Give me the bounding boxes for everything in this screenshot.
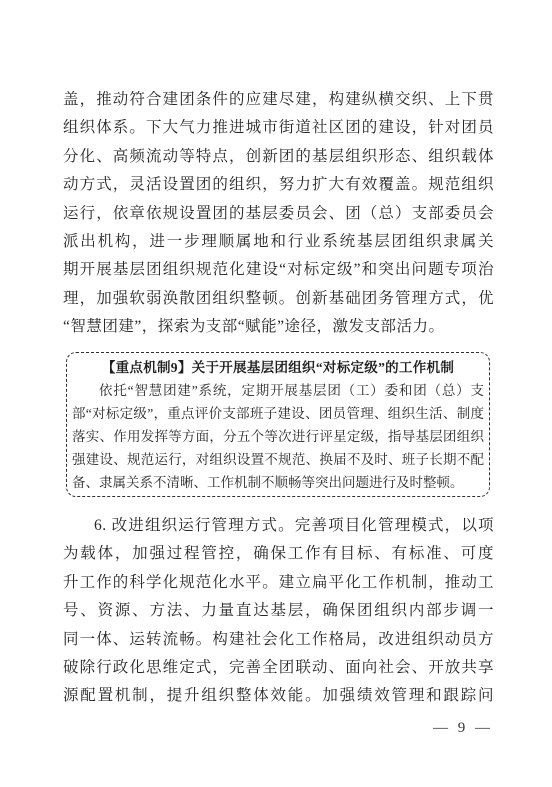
text-line: 分化、高频流动等特点，创新团的基层组织形态、组织载体和活	[63, 143, 494, 171]
text-line: 备、隶属关系不清晰、工作机制不顺畅等突出问题进行及时整顿。	[72, 471, 484, 494]
text-line: 强建设、规范运行，对组织设置不规范、换届不及时、班子长期不配	[72, 448, 484, 471]
text-line: 派出机构，进一步理顺属地和行业系统基层团组织隶属关系。定	[63, 228, 494, 256]
text-line: 6. 改进组织运行管理方式。完善项目化管理模式，以项目	[63, 512, 494, 540]
text-line: 部“对标定级”，重点评价支部班子建设、团员管理、组织生活、制度	[72, 402, 484, 425]
key-mechanism-body: 依托“智慧团建”系统，定期开展基层团（工）委和团（总）支部“对标定级”，重点评价…	[72, 379, 484, 494]
text-line: 为载体，加强过程管控，确保工作有目标、有标准、可度量，提	[63, 540, 494, 568]
text-line: 破除行政化思维定式，完善全团联动、面向社会、开放共享的资	[63, 654, 494, 682]
text-line: 同一体、运转流畅。构建社会化工作格局，改进组织动员方式，	[63, 626, 494, 654]
text-line: 升工作的科学化规范化水平。建立扁平化工作机制，推动工作信	[63, 569, 494, 597]
text-line: 依托“智慧团建”系统，定期开展基层团（工）委和团（总）支	[72, 379, 484, 402]
key-mechanism-title: 【重点机制9】关于开展基层团组织“对标定级”的工作机制	[72, 357, 484, 379]
text-line: 组织体系。下大气力推进城市街道社区团的建设，针对团员群体	[63, 114, 494, 142]
text-line: “智慧团建”，探索为支部“赋能”途径，激发支部活力。	[63, 313, 494, 341]
paragraph-operation-management: 6. 改进组织运行管理方式。完善项目化管理模式，以项目为载体，加强过程管控，确保…	[63, 512, 494, 711]
paragraph-organization-system: 盖，推动符合建团条件的应建尽建，构建纵横交织、上下贯通的组织体系。下大气力推进城…	[63, 86, 494, 342]
text-line: 运行，依章依规设置团的基层委员会、团（总）支部委员会和	[63, 200, 494, 228]
text-line: 落实、作用发挥等方面，分五个等次进行评星定级，指导基层团组织加	[72, 425, 484, 448]
text-line: 期开展基层团组织规范化建设“对标定级”和突出问题专项治	[63, 256, 494, 284]
text-line: 源配置机制，提升组织整体效能。加强绩效管理和跟踪问效，分	[63, 682, 494, 710]
text-line: 号、资源、方法、力量直达基层，确保团组织内部步调一致、协	[63, 597, 494, 625]
page-number: — 9 —	[433, 720, 493, 737]
document-page: 盖，推动符合建团条件的应建尽建，构建纵横交织、上下贯通的组织体系。下大气力推进城…	[0, 0, 552, 787]
text-line: 理，加强软弱涣散团组织整顿。创新基础团务管理方式，优化	[63, 285, 494, 313]
text-line: 盖，推动符合建团条件的应建尽建，构建纵横交织、上下贯通的	[63, 86, 494, 114]
key-mechanism-box: 【重点机制9】关于开展基层团组织“对标定级”的工作机制 依托“智慧团建”系统，定…	[66, 352, 490, 497]
text-line: 动方式，灵活设置团的组织，努力扩大有效覆盖。规范组织设置	[63, 171, 494, 199]
